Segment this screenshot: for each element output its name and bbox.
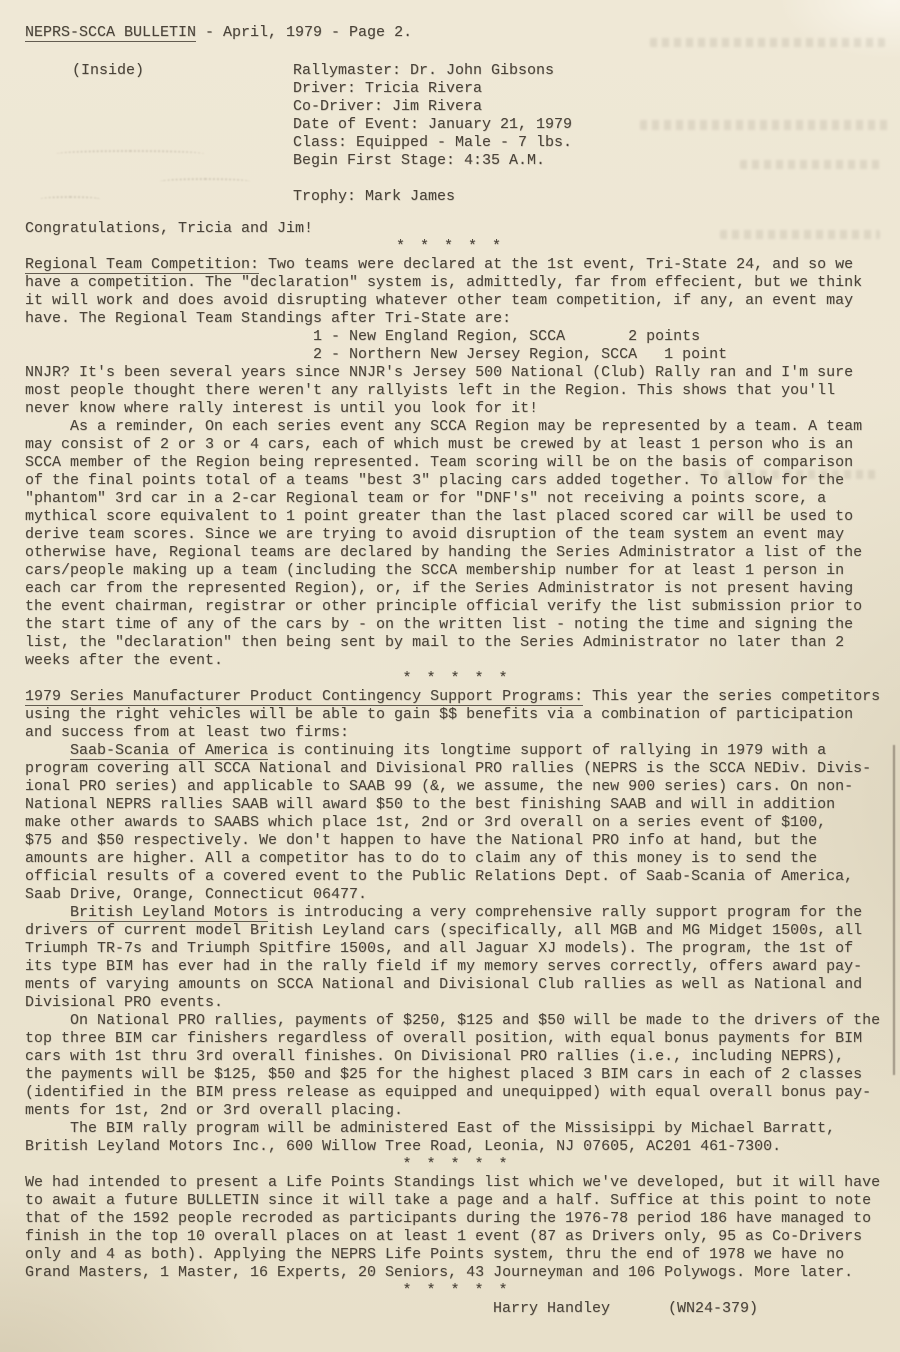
text-line: 2 - Northern New Jersey Region, SCCA 1 p…	[25, 346, 888, 364]
text-line: Triumph TR-7s and Triumph Spitfire 1500s…	[25, 940, 888, 958]
text-line: list, the "declaration" then being sent …	[25, 634, 888, 652]
text-line: to await a future BULLETIN since it will…	[25, 1192, 888, 1210]
pencil-smudge	[55, 150, 205, 158]
asterisk-separator: * * * * *	[25, 1156, 888, 1174]
bleedthrough-mark	[650, 38, 885, 47]
text-line: only and 4 as both). Applying the NEPRS …	[25, 1246, 888, 1264]
event-info-block: Rallymaster: Dr. John GibsonsDriver: Tri…	[293, 62, 572, 206]
bleedthrough-mark	[720, 230, 880, 239]
section-lead-line: British Leyland Motors is introducing a …	[25, 904, 888, 922]
section-lead-line: Regional Team Competition: Two teams wer…	[25, 256, 888, 274]
text-line: program covering all SCCA National and D…	[25, 760, 888, 778]
text-line: never know where rally interest is until…	[25, 400, 888, 418]
text-line: otherwise have, Regional teams are decla…	[25, 544, 888, 562]
section-heading: Regional Team Competition:	[25, 256, 259, 274]
text-line: have. The Regional Team Standings after …	[25, 310, 888, 328]
section-life-points: We had intended to present a Life Points…	[25, 1174, 888, 1282]
text-line: the start time of any of the cars by - o…	[25, 616, 888, 634]
text-line: finish in the top 10 overall places on a…	[25, 1228, 888, 1246]
section-regional-team-competition: Regional Team Competition: Two teams wer…	[25, 256, 888, 670]
header-date-page: - April, 1979 - Page 2.	[196, 24, 412, 41]
indent	[25, 904, 70, 921]
section-body: program covering all SCCA National and D…	[25, 760, 888, 904]
text-line: "phantom" 3rd car in a 2-car Regional te…	[25, 490, 888, 508]
text-line: Rallymaster: Dr. John Gibsons	[293, 62, 572, 80]
text-line: weeks after the event.	[25, 652, 888, 670]
text-line: amounts are higher. All a competitor has…	[25, 850, 888, 868]
text-line: As a reminder, On each series event any …	[25, 418, 888, 436]
text-line: $75 and $50 respectively. We don't happe…	[25, 832, 888, 850]
asterisk-separator: * * * * *	[25, 670, 888, 688]
text-line: National NEPRS rallies SAAB will award $…	[25, 796, 888, 814]
section-lead-rest: Two teams were declared at the 1st event…	[259, 256, 853, 273]
text-line: The BIM rally program will be administer…	[25, 1120, 888, 1138]
body-text: Regional Team Competition: Two teams wer…	[25, 256, 888, 1318]
text-line: ments of varying amounts on SCCA Nationa…	[25, 976, 888, 994]
bleedthrough-mark	[700, 470, 880, 479]
section-body: drivers of current model British Leyland…	[25, 922, 888, 1156]
text-line: may consist of 2 or 3 or 4 cars, each of…	[25, 436, 888, 454]
event-info-lines: Rallymaster: Dr. John GibsonsDriver: Tri…	[293, 62, 572, 170]
signature-name: Harry Handley	[493, 1300, 610, 1318]
section-lead-rest: This year the series competitors	[583, 688, 880, 705]
section-heading: Saab-Scania of America	[70, 742, 268, 760]
section-lead-rest: is continuing its longtime support of ra…	[268, 742, 826, 759]
indent	[25, 742, 70, 759]
text-line: make other awards to SAABS which place 1…	[25, 814, 888, 832]
text-line: it will work and does avoid disrupting w…	[25, 292, 888, 310]
section-british-leyland: British Leyland Motors is introducing a …	[25, 904, 888, 1156]
text-line: drivers of current model British Leyland…	[25, 922, 888, 940]
trophy-line: Trophy: Mark James	[293, 188, 572, 206]
text-line: Class: Equipped - Male - 7 lbs.	[293, 134, 572, 152]
paper-crease	[893, 745, 895, 1075]
text-line: the event chairman, registrar or other p…	[25, 598, 888, 616]
section-body: using the right vehicles will be able to…	[25, 706, 888, 742]
text-line: most people thought there weren't any ra…	[25, 382, 888, 400]
text-line: have a competition. The "declaration" sy…	[25, 274, 888, 292]
text-line: Begin First Stage: 4:35 A.M.	[293, 152, 572, 170]
text-line: We had intended to present a Life Points…	[25, 1174, 888, 1192]
text-line: Grand Masters, 1 Master, 16 Experts, 20 …	[25, 1264, 888, 1282]
bleedthrough-mark	[740, 160, 880, 169]
text-line: cars/people making up a team (including …	[25, 562, 888, 580]
text-line: ments for 1st, 2nd or 3rd overall placin…	[25, 1102, 888, 1120]
text-line: that of the 1592 people recroded as part…	[25, 1210, 888, 1228]
text-line: Co-Driver: Jim Rivera	[293, 98, 572, 116]
pencil-smudge	[160, 178, 250, 185]
section-body: We had intended to present a Life Points…	[25, 1174, 888, 1282]
section-lead-rest: is introducing a very comprehensive rall…	[268, 904, 862, 921]
text-line: NNJR? It's been several years since NNJR…	[25, 364, 888, 382]
pencil-smudge	[40, 196, 100, 202]
text-line: official results of a covered event to t…	[25, 868, 888, 886]
asterisk-separator: * * * * *	[25, 1282, 888, 1300]
section-lead-line: Saab-Scania of America is continuing its…	[25, 742, 888, 760]
text-line: and success from at least two firms:	[25, 724, 888, 742]
signature-number: (WN24-379)	[668, 1300, 758, 1318]
text-line: cars with 1st thru 3rd overall finishes.…	[25, 1048, 888, 1066]
signature-row: Harry Handley (WN24-379)	[493, 1300, 888, 1318]
text-line: British Leyland Motors Inc., 600 Willow …	[25, 1138, 888, 1156]
section-heading: 1979 Series Manufacturer Product Conting…	[25, 688, 583, 706]
text-line: ional PRO series) and applicable to SAAB…	[25, 778, 888, 796]
text-line: Driver: Tricia Rivera	[293, 80, 572, 98]
text-line: Date of Event: January 21, 1979	[293, 116, 572, 134]
asterisk-separator: * * * * *	[0, 238, 900, 256]
section-heading: British Leyland Motors	[70, 904, 268, 922]
text-line: 1 - New England Region, SCCA 2 points	[25, 328, 888, 346]
bulletin-page: NEPRS-SCCA BULLETIN - April, 1979 - Page…	[0, 0, 900, 1352]
bleedthrough-mark	[640, 120, 890, 130]
bulletin-title: NEPRS-SCCA BULLETIN	[25, 24, 196, 42]
text-line: (identified in the BIM press release as …	[25, 1084, 888, 1102]
section-saab-scania: Saab-Scania of America is continuing its…	[25, 742, 888, 904]
text-line: each car from the represented Region), o…	[25, 580, 888, 598]
text-line: Divisional PRO events.	[25, 994, 888, 1012]
text-line: using the right vehicles will be able to…	[25, 706, 888, 724]
text-line: Saab Drive, Orange, Connecticut 06477.	[25, 886, 888, 904]
text-line: On National PRO rallies, payments of $25…	[25, 1012, 888, 1030]
text-line: derive team scores. Since we are trying …	[25, 526, 888, 544]
section-lead-line: 1979 Series Manufacturer Product Conting…	[25, 688, 888, 706]
text-line: its type BIM has ever had in the rally f…	[25, 958, 888, 976]
section-contingency-programs: 1979 Series Manufacturer Product Conting…	[25, 688, 888, 742]
text-line: top three BIM car finishers regardless o…	[25, 1030, 888, 1048]
text-line: mythical score equivalent to 1 point gre…	[25, 508, 888, 526]
text-line: the payments will be $125, $50 and $25 f…	[25, 1066, 888, 1084]
